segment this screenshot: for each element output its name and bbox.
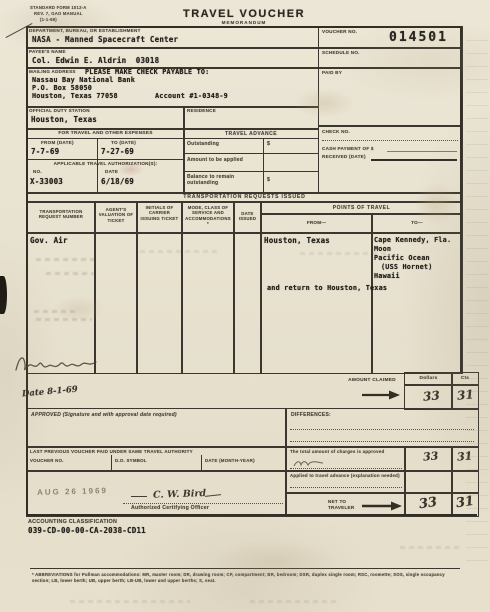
fill-line — [387, 151, 457, 152]
bleed-artifact — [36, 318, 92, 321]
schedule-no-cell: SCHEDULE NO. — [318, 47, 463, 69]
prev-voucher-no-label: VOUCHER NO. — [30, 458, 100, 464]
bleed-artifact — [46, 272, 94, 275]
travel-advance-cell: TRAVEL ADVANCE Outstanding $ Amount to b… — [183, 128, 319, 194]
differences-label: DIFFERENCES: — [291, 412, 391, 418]
bleed-artifact — [400, 546, 460, 549]
row-return-note: and return to Houston, Texas — [267, 284, 387, 293]
auth-date-value: 6/18/69 — [101, 177, 134, 187]
row-to-line3: Pacific Ocean — [374, 254, 430, 263]
grid-line — [111, 455, 112, 471]
col-header-initials-label: INITIALS OF CARRIER ISSUING TICKET — [139, 205, 180, 221]
auth-no-value: X-33003 — [30, 177, 63, 187]
dotted-line — [290, 441, 474, 442]
fill-line — [371, 159, 457, 161]
row-request-value: Gov. Air — [30, 236, 68, 246]
body-col-valuation — [94, 232, 138, 374]
footnote-text: * ABBREVIATIONS for Pullman accommodatio… — [32, 572, 460, 585]
from-date-label: FROM (DATE) — [41, 140, 91, 146]
verify-label: The total amount of charges is approved — [290, 449, 402, 455]
arrow-icon — [362, 501, 402, 511]
voucher-no-value: 014501 — [389, 30, 448, 47]
mailing-label: MAILING ADDRESS — [29, 69, 84, 75]
claimed-dollars-value: 33 — [423, 389, 441, 402]
prev-voucher-cell: LAST PREVIOUS VOUCHER PAID UNDER SAME TR… — [26, 446, 287, 472]
schedule-no-label: SCHEDULE NO. — [322, 50, 402, 56]
dotted-line — [290, 487, 402, 488]
signature-date: Date 8-1-69 — [22, 386, 78, 399]
approved-cell: APPROVED (Signature and with approval da… — [26, 408, 287, 448]
to-label: TO— — [372, 220, 462, 226]
bleed-artifact — [300, 252, 390, 255]
row-to-line4: (USS Hornet) — [381, 263, 433, 272]
prev-date-label: DATE (MONTH-YEAR) — [205, 458, 283, 464]
sig-dash — [131, 496, 147, 497]
advance-balance-label: Balance to remain outstanding — [187, 174, 251, 187]
mailing-city: Houston, Texas 77058 — [32, 92, 118, 101]
bleed-artifact — [70, 600, 190, 603]
form-id-line1: STANDARD FORM 1012-A — [30, 5, 100, 10]
dotted-line — [290, 468, 402, 469]
bleed-artifact — [36, 258, 96, 261]
to-date-label: TO (DATE) — [111, 140, 161, 146]
residence-label: RESIDENCE — [187, 108, 267, 114]
row-to-line5: Hawaii — [374, 272, 400, 281]
mailing-account: Account #1-0348-9 — [155, 92, 228, 101]
advance-outstanding-label: Outstanding — [187, 141, 257, 147]
col-header-initials: INITIALS OF CARRIER ISSUING TICKET — [136, 201, 183, 234]
body-col-initials — [136, 232, 183, 374]
net-dollars-value: 33 — [418, 496, 438, 511]
col-header-mode-label: MODE, CLASS OF SERVICE AND ACCOMMODATION… — [184, 205, 232, 226]
auth-label: APPLICABLE TRAVEL AUTHORIZATION(S): — [27, 161, 184, 167]
dotted-line — [322, 140, 458, 141]
form-id-line3: (1-1-59) — [40, 17, 110, 22]
grid-line — [27, 159, 184, 160]
row-from-value: Houston, Texas — [264, 236, 330, 246]
duty-station-cell: OFFICIAL DUTY STATION Houston, Texas — [26, 106, 185, 130]
approved-label: APPROVED (Signature and with approval da… — [31, 412, 281, 418]
from-date-value: 7-7-69 — [31, 147, 59, 157]
verify-dollars-value: 33 — [423, 450, 439, 462]
travel-voucher-scan: STANDARD FORM 1012-A Rev. 7, GAO Manual … — [0, 0, 490, 612]
differences-cell: DIFFERENCES: — [285, 408, 479, 448]
department-value: NASA - Manned Spacecraft Center — [32, 35, 178, 45]
form-outer-border — [26, 514, 477, 516]
voucher-no-cell: VOUCHER NO. 014501 — [318, 26, 463, 49]
bleed-artifact — [250, 600, 340, 603]
body-col-date — [233, 232, 262, 374]
page-title: TRAVEL VOUCHER — [144, 8, 344, 20]
applied-dollars-cell — [404, 470, 453, 494]
col-header-date-label: DATE ISSUED — [235, 211, 260, 222]
dollars-label: Dollars — [405, 376, 452, 382]
department-label: DEPARTMENT, BUREAU, OR ESTABLISHMENT — [29, 28, 269, 34]
auth-date-label: DATE — [105, 169, 135, 175]
advance-section-label: TRAVEL ADVANCE — [184, 131, 318, 137]
footnote-rule — [30, 568, 460, 569]
auth-no-label: NO. — [33, 169, 63, 175]
verify-dollars-cell: 33 — [404, 446, 453, 472]
voucher-no-label: VOUCHER NO. — [322, 29, 382, 35]
col-header-from: FROM— — [260, 213, 373, 234]
dotted-line — [290, 429, 474, 430]
grid-line — [263, 138, 264, 193]
verify-initials-squiggle — [292, 458, 326, 468]
col-header-request-label: TRANSPORTATION REQUEST NUMBER — [29, 209, 93, 220]
grid-line — [184, 171, 318, 172]
duty-station-label: OFFICIAL DUTY STATION — [29, 108, 149, 114]
col-header-valuation: AGENT'S VALUATION OF TICKET — [94, 201, 138, 234]
transport-section-title: TRANSPORTATION REQUESTS ISSUED — [27, 194, 462, 201]
traveler-signature — [12, 350, 100, 376]
col-header-valuation-label: AGENT'S VALUATION OF TICKET — [96, 207, 136, 223]
col-header-mode: MODE, CLASS OF SERVICE AND ACCOMMODATION… — [181, 201, 235, 234]
grid-line — [184, 138, 318, 139]
check-no-label: CHECK NO. — [322, 129, 382, 135]
to-date-value: 7-27-69 — [101, 147, 134, 157]
payee-label: PAYEE'S NAME — [29, 49, 149, 55]
col-header-request: TRANSPORTATION REQUEST NUMBER — [26, 201, 96, 234]
mailing-address-cell: MAILING ADDRESS PLEASE MAKE CHECK PAYABL… — [26, 67, 319, 108]
accounting-code: 039-CD-00-00-CA-2038-CD11 — [28, 526, 146, 536]
sig-dash — [205, 494, 221, 497]
body-col-mode — [181, 232, 235, 374]
expenses-section-label: FOR TRAVEL AND OTHER EXPENSES — [27, 131, 184, 137]
signature-line — [123, 503, 283, 504]
form-outer-border — [26, 26, 461, 28]
certifying-officer-signature: C. W. Bird — [153, 488, 206, 501]
applied-advance-label: Applied to travel advance (explanation n… — [290, 473, 402, 479]
form-id-line2: Rev. 7, GAO Manual — [34, 11, 104, 16]
advance-applied-label: Amount to be applied — [187, 157, 261, 163]
certification-cell: AUG 26 1969 C. W. Bird Authorized Certif… — [26, 470, 287, 517]
amount-claimed-label: AMOUNT CLAIMED — [346, 378, 398, 384]
claimed-dollars-cell: 33 — [404, 384, 453, 410]
paid-by-cell: PAID BY — [318, 67, 463, 127]
payee-value: Col. Edwin E. Aldrin 03018 — [32, 56, 159, 66]
form-outer-border — [460, 26, 462, 372]
row-to-line1: Cape Kennedy, Fla. — [374, 236, 451, 245]
page-subtitle: MEMORANDUM — [194, 20, 294, 26]
verify-cell: The total amount of charges is approved — [285, 446, 406, 472]
scan-blob-artifact — [0, 276, 7, 314]
ledger-bleed-lines — [466, 40, 488, 570]
col-header-date: DATE ISSUED — [233, 201, 262, 234]
residence-cell: RESIDENCE — [183, 106, 319, 130]
check-cell: CHECK NO. CASH PAYMENT OF $ RECEIVED (DA… — [318, 125, 463, 194]
duty-station-value: Houston, Texas — [31, 115, 97, 125]
col-header-to: TO— — [371, 213, 463, 234]
expenses-cell: FOR TRAVEL AND OTHER EXPENSES FROM (DATE… — [26, 128, 185, 194]
points-of-travel-label: POINTS OF TRAVEL — [261, 205, 462, 211]
accounting-label: ACCOUNTING CLASSIFICATION — [28, 519, 188, 526]
grid-line — [184, 153, 318, 154]
from-label: FROM— — [261, 220, 372, 226]
prev-do-symbol-label: D.O. SYMBOL — [115, 458, 185, 464]
paid-by-label: PAID BY — [322, 70, 382, 76]
date-stamp: AUG 26 1969 — [37, 486, 108, 497]
grid-line — [201, 455, 202, 471]
department-cell: DEPARTMENT, BUREAU, OR ESTABLISHMENT NAS… — [26, 26, 319, 49]
grid-line — [27, 138, 184, 139]
certifying-officer-title: Authorized Certifying Officer — [131, 505, 271, 512]
payee-cell: PAYEE'S NAME Col. Edwin E. Aldrin 03018 — [26, 47, 319, 69]
dollar-sign: $ — [267, 141, 277, 148]
dollar-sign: $ — [267, 177, 277, 184]
arrow-icon — [362, 390, 400, 400]
bleed-artifact — [140, 250, 220, 253]
bleed-artifact — [34, 310, 78, 313]
form-outer-border — [26, 26, 28, 515]
applied-advance-cell: Applied to travel advance (explanation n… — [285, 470, 406, 494]
prev-voucher-label: LAST PREVIOUS VOUCHER PAID UNDER SAME TR… — [30, 449, 280, 455]
